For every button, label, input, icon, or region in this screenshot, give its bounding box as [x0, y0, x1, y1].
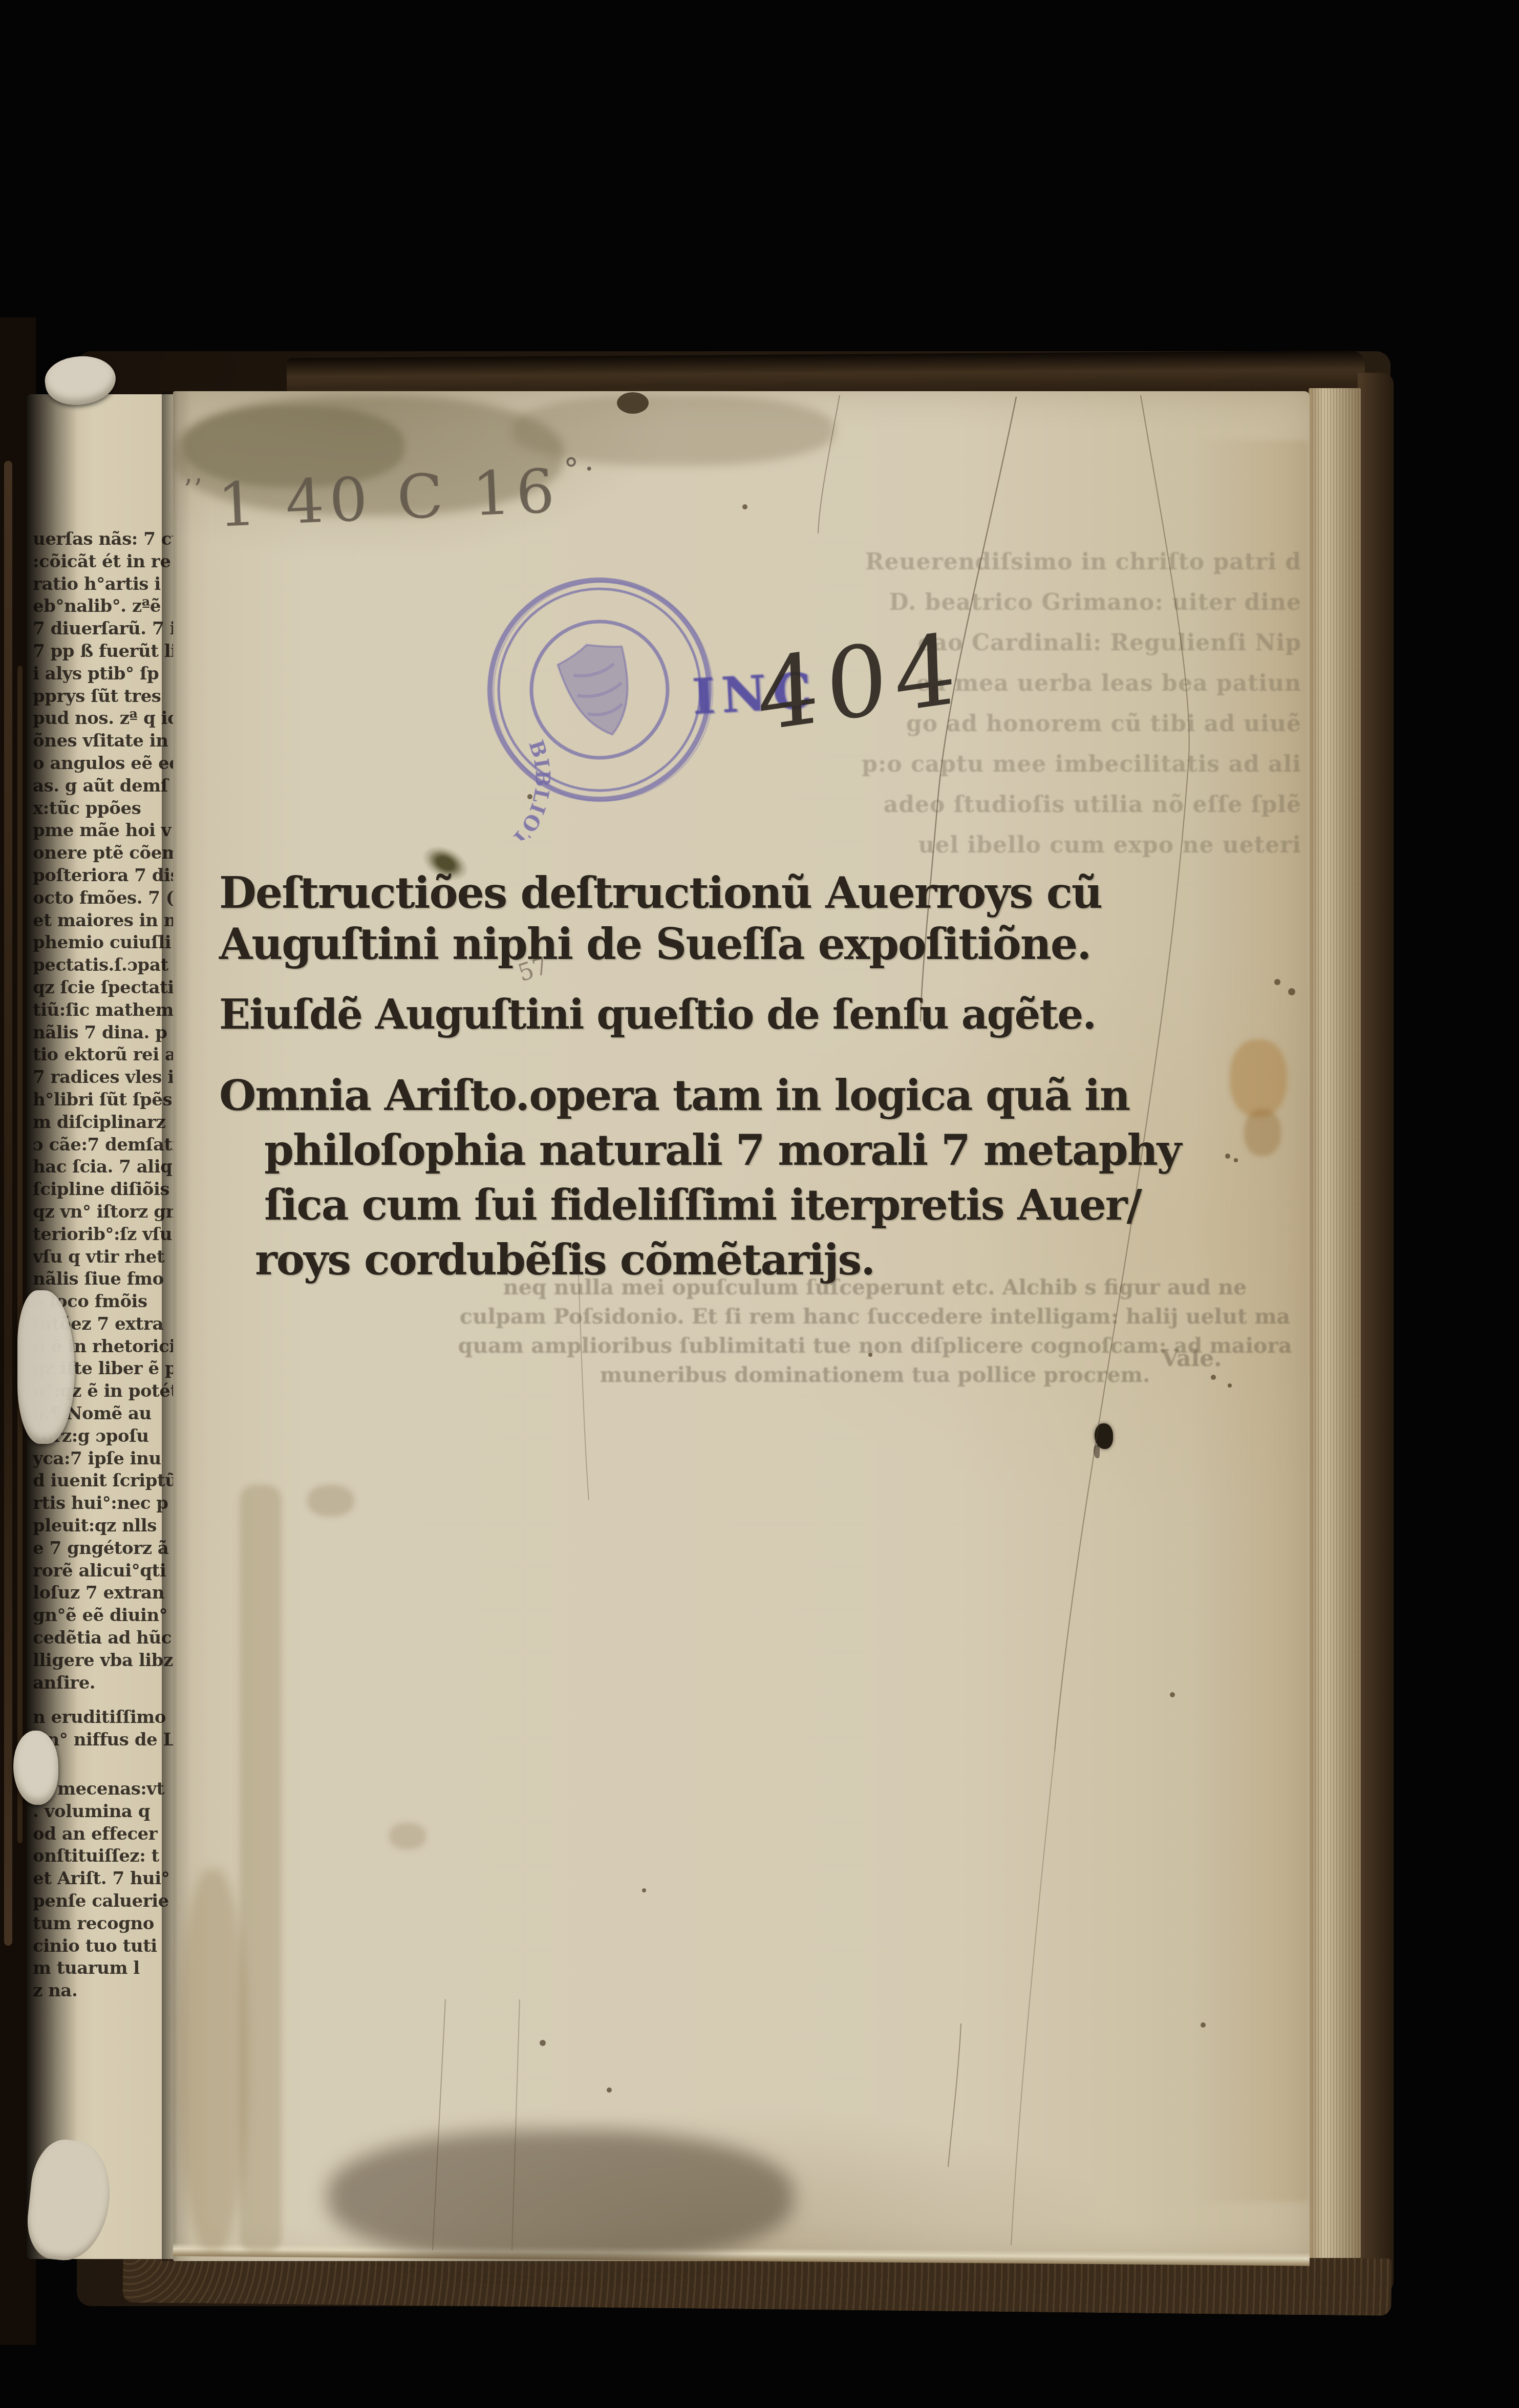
photo-incunabulum-title-page: uerſas nãs: 7 cũ:cõicãt ét in reratio h°…	[0, 0, 1519, 2408]
showthrough-line: Reuerendiſsimo in chriſto patri d	[589, 542, 1301, 582]
foxing-patch	[389, 1823, 426, 1849]
smudge-bottom	[328, 2130, 794, 2264]
shelfmark-text: 1 40 C 16	[216, 455, 561, 541]
cover-right-edge	[1358, 373, 1394, 2293]
title-paragraph: Omnia Ariſto.opera tam in logica quã inp…	[219, 1068, 1080, 1287]
ink-blot	[1095, 1423, 1113, 1449]
showthrough-line: uel ibello cum expo ne ueteri	[589, 825, 1301, 865]
spine-leather-streak	[17, 666, 23, 1843]
printed-title-block: Deſtructiões deſtructionũ Auerroys cũ Au…	[219, 867, 1080, 1287]
foxing-patch	[307, 1485, 354, 1517]
title-paragraph-line: philoſophia naturali 7 morali 7 metaphy	[219, 1123, 1080, 1178]
spine-leather-streak	[4, 461, 12, 1946]
title-line-2: Auguſtini niphi de Sueſſa expoſitiõne.	[219, 919, 1080, 970]
showthrough-mid-block: neq nulla mei opuſculum ſuſceperunt etc.…	[451, 1273, 1299, 1390]
showthrough-line: culpam Poſsidonio. Et ſi rem hanc ſucced…	[451, 1302, 1299, 1331]
text-block-fore-edge	[1309, 388, 1361, 2258]
stamp-shield	[554, 636, 644, 744]
showthrough-vale: Vale.	[1161, 1346, 1222, 1372]
shelfmark-flourish: °·	[563, 451, 600, 488]
title-paragraph-line: roys cordubẽſis cõmẽtarijs.	[219, 1232, 1080, 1287]
dark-fleck-top-edge	[617, 392, 649, 414]
stain-gutter-bottom	[179, 1869, 247, 2254]
endband-tuft-lower	[13, 1731, 58, 1805]
title-line-3: Eiuſdẽ Auguſtini queſtio de ſenſu agẽte.	[219, 990, 1080, 1038]
yellow-stain-right	[1230, 1039, 1287, 1117]
water-streak-bottom-left	[240, 1485, 282, 2253]
yellow-stain-right-small	[1244, 1109, 1281, 1156]
title-paragraph-line: ſica cum ſui fideliſſimi iterpretis Auer…	[219, 1178, 1080, 1232]
title-line-1: Deſtructiões deſtructionũ Auerroys cũ	[219, 867, 1080, 919]
shelfmark-ticks: ’’	[183, 473, 205, 506]
title-paragraph-line: Omnia Ariſto.opera tam in logica quã in	[219, 1068, 1080, 1123]
